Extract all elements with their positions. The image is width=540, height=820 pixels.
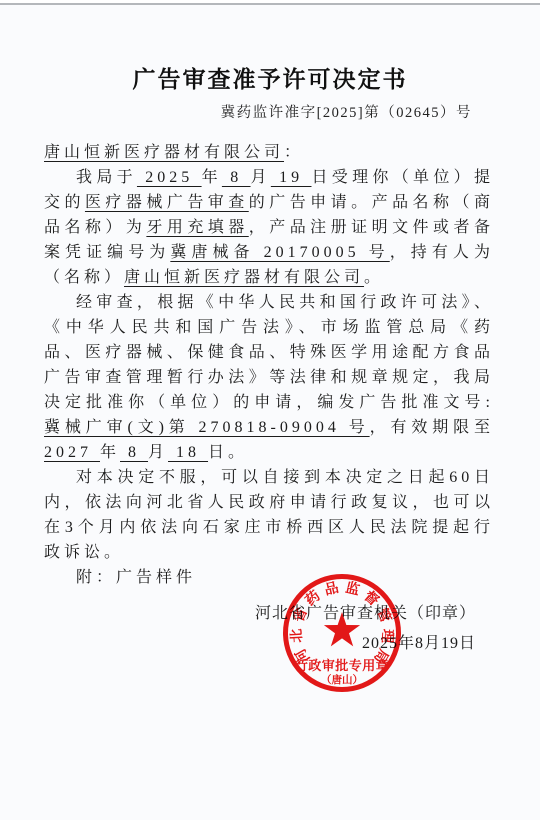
page-top-divider <box>0 3 540 5</box>
signature-date: 2025年8月19日 <box>44 627 476 660</box>
decision-document: 广告审查准予许可决定书 冀药监许准字[2025]第（02645）号 唐山恒新医疗… <box>0 63 540 660</box>
seal-bottom-text: 行政审批专用章 <box>295 658 390 673</box>
attachment-line: 附：广告样件 <box>44 565 494 590</box>
document-body: 唐山恒新医疗器材有限公司： 我局于 2025 年 8 月 19 日受理你（单位）… <box>44 140 494 660</box>
paragraph-approval: 经审查，根据《中华人民共和国行政许可法》、《中华人民共和国广告法》、市场监管总局… <box>44 290 494 465</box>
document-ref-number: 冀药监许准字[2025]第（02645）号 <box>0 102 540 124</box>
paragraph-appeal-rights: 对本决定不服，可以自接到本决定之日起60日内，依法向河北省人民政府申请行政复议，… <box>44 465 494 565</box>
document-title: 广告审查准予许可决定书 <box>0 63 540 95</box>
seal-city-text: （唐山） <box>321 673 363 686</box>
signature-authority: 河北省广告审查机关（印章） <box>44 601 476 627</box>
paragraph-acceptance: 我局于 2025 年 8 月 19 日受理你（单位）提交的医疗器械广告审查的广告… <box>44 165 494 290</box>
addressee-line: 唐山恒新医疗器材有限公司： <box>44 140 494 165</box>
signature-block: 河北省广告审查机关（印章） 2025年8月19日 <box>44 601 494 660</box>
